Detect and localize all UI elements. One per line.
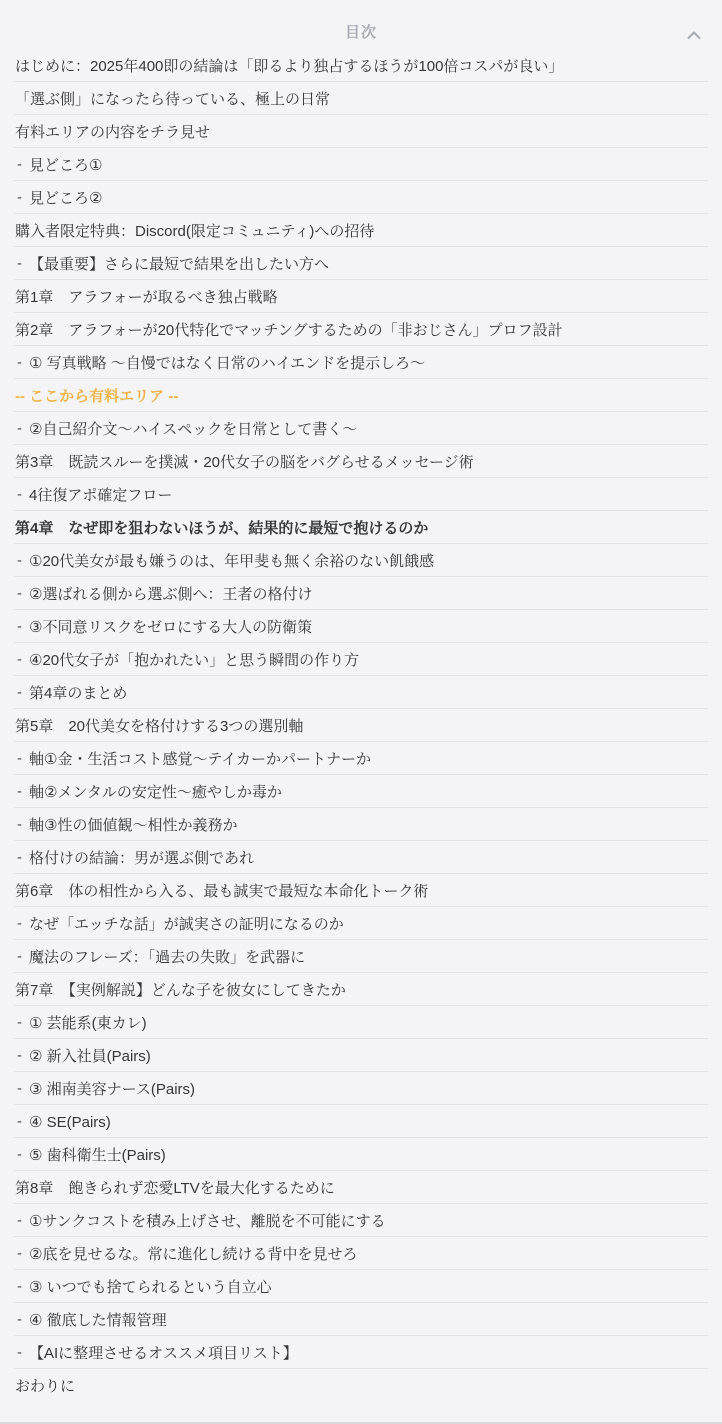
toc-item-label: 軸①金・生活コスト感覚〜テイカーかパートナーか xyxy=(29,748,371,769)
toc-item-label: 軸②メンタルの安定性〜癒やしか毒か xyxy=(29,781,282,802)
toc-item[interactable]: 第6章 体の相性から入る、最も誠実で最短な本命化トーク術 xyxy=(0,874,722,907)
dash-bullet: - xyxy=(17,354,22,371)
toc-item-label: 【AIに整理させるオススメ項目リスト】 xyxy=(29,1342,298,1363)
toc-item-label: 第4章 なぜ即を狙わないほうが、結果的に最短で抱けるのか xyxy=(15,517,428,538)
toc-item[interactable]: 第8章 飽きられず恋愛LTVを最大化するために xyxy=(0,1171,722,1204)
toc-item[interactable]: 第7章 【実例解説】どんな子を彼女にしてきたか xyxy=(0,973,722,1006)
toc-item-label: ②底を見せるな。常に進化し続ける背中を見せろ xyxy=(29,1243,357,1264)
toc-item-label: -- ここから有料エリア -- xyxy=(15,385,178,406)
toc-item-label: ① 写真戦略 〜自慢ではなく日常のハイエンドを提示しろ〜 xyxy=(29,352,425,373)
toc-item-label: 購入者限定特典：Discord(限定コミュニティ)への招待 xyxy=(15,220,374,241)
toc-item-label: ③ 湘南美容ナース(Pairs) xyxy=(29,1078,195,1099)
dash-bullet: - xyxy=(17,189,22,206)
toc-item[interactable]: -②底を見せるな。常に進化し続ける背中を見せろ xyxy=(0,1237,722,1270)
toc-item[interactable]: -①サンクコストを積み上げさせ、離脱を不可能にする xyxy=(0,1204,722,1237)
toc-item-label: ② 新入社員(Pairs) xyxy=(29,1045,151,1066)
toc-item[interactable]: -②選ばれる側から選ぶ側へ：王者の格付け xyxy=(0,577,722,610)
dash-bullet: - xyxy=(17,750,22,767)
toc-item-label: 魔法のフレーズ：「過去の失敗」を武器に xyxy=(29,946,305,967)
dash-bullet: - xyxy=(17,486,22,503)
toc-item[interactable]: -【最重要】さらに最短で結果を出したい方へ xyxy=(0,247,722,280)
toc-item[interactable]: はじめに：2025年400即の結論は「即るより独占するほうが100倍コスパが良い… xyxy=(0,49,722,82)
toc-item[interactable]: -③不同意リスクをゼロにする大人の防衛策 xyxy=(0,610,722,643)
dash-bullet: - xyxy=(17,255,22,272)
dash-bullet: - xyxy=(17,1047,22,1064)
toc-item[interactable]: -③ 湘南美容ナース(Pairs) xyxy=(0,1072,722,1105)
toc-item-label: 第1章 アラフォーが取るべき独占戦略 xyxy=(15,286,278,307)
toc-item-label: はじめに：2025年400即の結論は「即るより独占するほうが100倍コスパが良い… xyxy=(15,55,563,76)
toc-item[interactable]: -軸②メンタルの安定性〜癒やしか毒か xyxy=(0,775,722,808)
toc-item[interactable]: -【AIに整理させるオススメ項目リスト】 xyxy=(0,1336,722,1369)
dash-bullet: - xyxy=(17,1113,22,1130)
dash-bullet: - xyxy=(17,1344,22,1361)
toc-item-label: 軸③性の価値観〜相性か義務か xyxy=(29,814,237,835)
toc-item[interactable]: 購入者限定特典：Discord(限定コミュニティ)への招待 xyxy=(0,214,722,247)
toc-header: 目次 xyxy=(0,0,722,49)
dash-bullet: - xyxy=(17,915,22,932)
chevron-up-icon[interactable] xyxy=(687,30,701,40)
toc-item[interactable]: 有料エリアの内容をチラ見せ xyxy=(0,115,722,148)
dash-bullet: - xyxy=(17,552,22,569)
toc-item-label: ④20代女子が「抱かれたい」と思う瞬間の作り方 xyxy=(29,649,359,670)
toc-item-label: 第3章 既読スルーを撲滅・20代女子の脳をバグらせるメッセージ術 xyxy=(15,451,474,472)
toc-item-label: 第4章のまとめ xyxy=(29,682,127,703)
toc-item[interactable]: -⑤ 歯科衛生士(Pairs) xyxy=(0,1138,722,1171)
dash-bullet: - xyxy=(17,1311,22,1328)
toc-item-label: 4往復アポ確定フロー xyxy=(29,484,172,505)
toc-item[interactable]: -格付けの結論：男が選ぶ側であれ xyxy=(0,841,722,874)
toc-item-label: 第8章 飽きられず恋愛LTVを最大化するために xyxy=(15,1177,335,1198)
toc-item-label: 【最重要】さらに最短で結果を出したい方へ xyxy=(29,253,329,274)
toc-item[interactable]: -見どころ① xyxy=(0,148,722,181)
toc-panel: 目次 はじめに：2025年400即の結論は「即るより独占するほうが100倍コスパ… xyxy=(0,0,722,1424)
dash-bullet: - xyxy=(17,1278,22,1295)
toc-item[interactable]: -魔法のフレーズ：「過去の失敗」を武器に xyxy=(0,940,722,973)
toc-item-label: ⑤ 歯科衛生士(Pairs) xyxy=(29,1144,166,1165)
dash-bullet: - xyxy=(17,420,22,437)
dash-bullet: - xyxy=(17,1212,22,1229)
toc-item[interactable]: -- ここから有料エリア -- xyxy=(0,379,722,412)
dash-bullet: - xyxy=(17,156,22,173)
toc-item-label: ③不同意リスクをゼロにする大人の防衛策 xyxy=(29,616,312,637)
toc-item-label: ①サンクコストを積み上げさせ、離脱を不可能にする xyxy=(29,1210,386,1231)
toc-item-label: 第2章 アラフォーが20代特化でマッチングするための「非おじさん」プロフ設計 xyxy=(15,319,563,340)
dash-bullet: - xyxy=(17,585,22,602)
toc-item[interactable]: -② 新入社員(Pairs) xyxy=(0,1039,722,1072)
dash-bullet: - xyxy=(17,783,22,800)
toc-item[interactable]: おわりに xyxy=(0,1369,722,1402)
toc-item[interactable]: -なぜ「エッチな話」が誠実さの証明になるのか xyxy=(0,907,722,940)
toc-item-label: ④ SE(Pairs) xyxy=(29,1113,111,1131)
toc-item[interactable]: 第1章 アラフォーが取るべき独占戦略 xyxy=(0,280,722,313)
toc-item-label: ②自己紹介文〜ハイスペックを日常として書く〜 xyxy=(29,418,357,439)
dash-bullet: - xyxy=(17,1080,22,1097)
toc-item[interactable]: -第4章のまとめ xyxy=(0,676,722,709)
toc-item[interactable]: 第3章 既読スルーを撲滅・20代女子の脳をバグらせるメッセージ術 xyxy=(0,445,722,478)
toc-item[interactable]: -④ 徹底した情報管理 xyxy=(0,1303,722,1336)
dash-bullet: - xyxy=(17,1146,22,1163)
toc-item[interactable]: -軸③性の価値観〜相性か義務か xyxy=(0,808,722,841)
toc-item[interactable]: -④ SE(Pairs) xyxy=(0,1105,722,1138)
toc-item-label: ① 芸能系(東カレ) xyxy=(29,1012,147,1033)
toc-item-label: 「選ぶ側」になったら待っている、極上の日常 xyxy=(15,88,330,109)
toc-item[interactable]: -③ いつでも捨てられるという自立心 xyxy=(0,1270,722,1303)
toc-item-label: 見どころ② xyxy=(29,187,102,208)
toc-item-label: 第6章 体の相性から入る、最も誠実で最短な本命化トーク術 xyxy=(15,880,428,901)
toc-item-label: 第7章 【実例解説】どんな子を彼女にしてきたか xyxy=(15,979,346,1000)
dash-bullet: - xyxy=(17,651,22,668)
toc-item[interactable]: 第4章 なぜ即を狙わないほうが、結果的に最短で抱けるのか xyxy=(0,511,722,544)
toc-item-label: ②選ばれる側から選ぶ側へ：王者の格付け xyxy=(29,583,312,604)
dash-bullet: - xyxy=(17,618,22,635)
dash-bullet: - xyxy=(17,948,22,965)
toc-item[interactable]: -見どころ② xyxy=(0,181,722,214)
toc-item-label: ④ 徹底した情報管理 xyxy=(29,1309,167,1330)
toc-item-label: おわりに xyxy=(15,1375,75,1396)
toc-item-label: 第5章 20代美女を格付けする3つの選別軸 xyxy=(15,715,303,736)
toc-item[interactable]: -②自己紹介文〜ハイスペックを日常として書く〜 xyxy=(0,412,722,445)
dash-bullet: - xyxy=(17,849,22,866)
toc-item-label: ①20代美女が最も嫌うのは、年甲斐も無く余裕のない飢餓感 xyxy=(29,550,434,571)
toc-item-label: 格付けの結論：男が選ぶ側であれ xyxy=(29,847,254,868)
toc-title: 目次 xyxy=(345,21,377,42)
toc-item[interactable]: -軸①金・生活コスト感覚〜テイカーかパートナーか xyxy=(0,742,722,775)
toc-item[interactable]: 第5章 20代美女を格付けする3つの選別軸 xyxy=(0,709,722,742)
dash-bullet: - xyxy=(17,1014,22,1031)
toc-item[interactable]: 「選ぶ側」になったら待っている、極上の日常 xyxy=(0,82,722,115)
toc-item[interactable]: -① 写真戦略 〜自慢ではなく日常のハイエンドを提示しろ〜 xyxy=(0,346,722,379)
toc-item-label: なぜ「エッチな話」が誠実さの証明になるのか xyxy=(29,913,344,934)
toc-item-label: 見どころ① xyxy=(29,154,102,175)
toc-list: はじめに：2025年400即の結論は「即るより独占するほうが100倍コスパが良い… xyxy=(0,49,722,1402)
dash-bullet: - xyxy=(17,1245,22,1262)
dash-bullet: - xyxy=(17,684,22,701)
toc-item[interactable]: -④20代女子が「抱かれたい」と思う瞬間の作り方 xyxy=(0,643,722,676)
toc-item[interactable]: 第2章 アラフォーが20代特化でマッチングするための「非おじさん」プロフ設計 xyxy=(0,313,722,346)
toc-item-label: 有料エリアの内容をチラ見せ xyxy=(15,121,210,142)
toc-item[interactable]: -① 芸能系(東カレ) xyxy=(0,1006,722,1039)
toc-item[interactable]: -4往復アポ確定フロー xyxy=(0,478,722,511)
toc-item-label: ③ いつでも捨てられるという自立心 xyxy=(29,1276,272,1297)
toc-item[interactable]: -①20代美女が最も嫌うのは、年甲斐も無く余裕のない飢餓感 xyxy=(0,544,722,577)
dash-bullet: - xyxy=(17,816,22,833)
